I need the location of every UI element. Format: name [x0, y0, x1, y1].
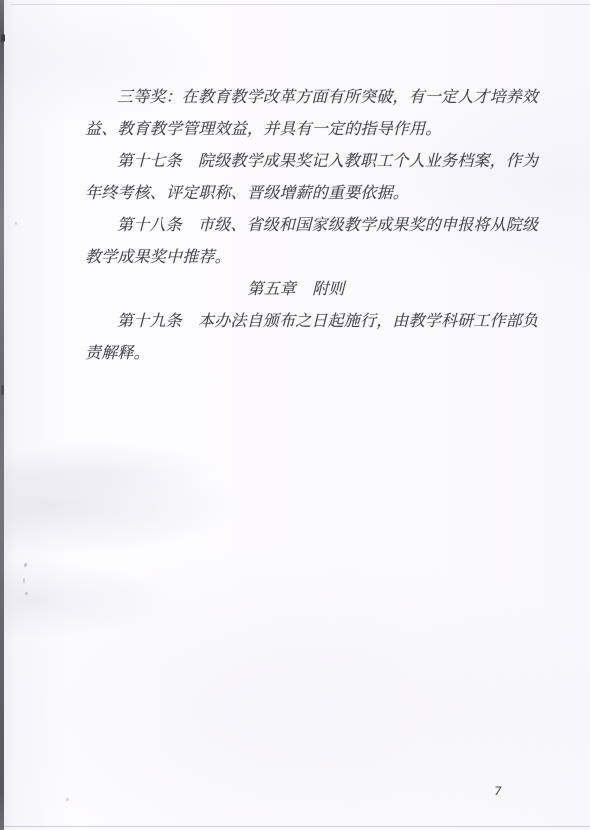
scan-speck	[15, 222, 17, 225]
scan-edge-mark	[1, 34, 5, 42]
scan-speck	[23, 578, 25, 583]
body-line: 责解释。	[85, 337, 531, 369]
page-number: 7	[490, 784, 506, 798]
body-line: 年终考核、评定职称、晋级增薪的重要依据。	[85, 177, 531, 209]
scan-speck	[24, 563, 27, 567]
scan-edge-mark	[1, 385, 4, 395]
scan-speck	[25, 592, 28, 595]
scan-speck	[66, 798, 69, 801]
paper-bottom-edge	[0, 826, 590, 827]
body-line: 三等奖：在教育教学改革方面有所突破，有一定人才培养效	[85, 81, 531, 113]
scan-edge-strip	[0, 0, 4, 830]
body-line: 益、教育教学管理效益，并具有一定的指导作用。	[85, 113, 531, 145]
body-line: 第十八条 市级、省级和国家级教学成果奖的申报将从院级	[85, 209, 531, 241]
document-body: 三等奖：在教育教学改革方面有所突破，有一定人才培养效 益、教育教学管理效益，并具…	[85, 81, 531, 369]
chapter-heading: 第五章 附则	[73, 273, 519, 305]
body-line: 第十九条 本办法自颁布之日起施行，由教学科研工作部负	[85, 305, 531, 337]
body-line: 教学成果奖中推荐。	[85, 241, 531, 273]
paper-top-edge	[10, 4, 590, 5]
scanned-document-page: 三等奖：在教育教学改革方面有所突破，有一定人才培养效 益、教育教学管理效益，并具…	[0, 0, 590, 830]
body-line: 第十七条 院级教学成果奖记入教职工个人业务档案，作为	[85, 145, 531, 177]
